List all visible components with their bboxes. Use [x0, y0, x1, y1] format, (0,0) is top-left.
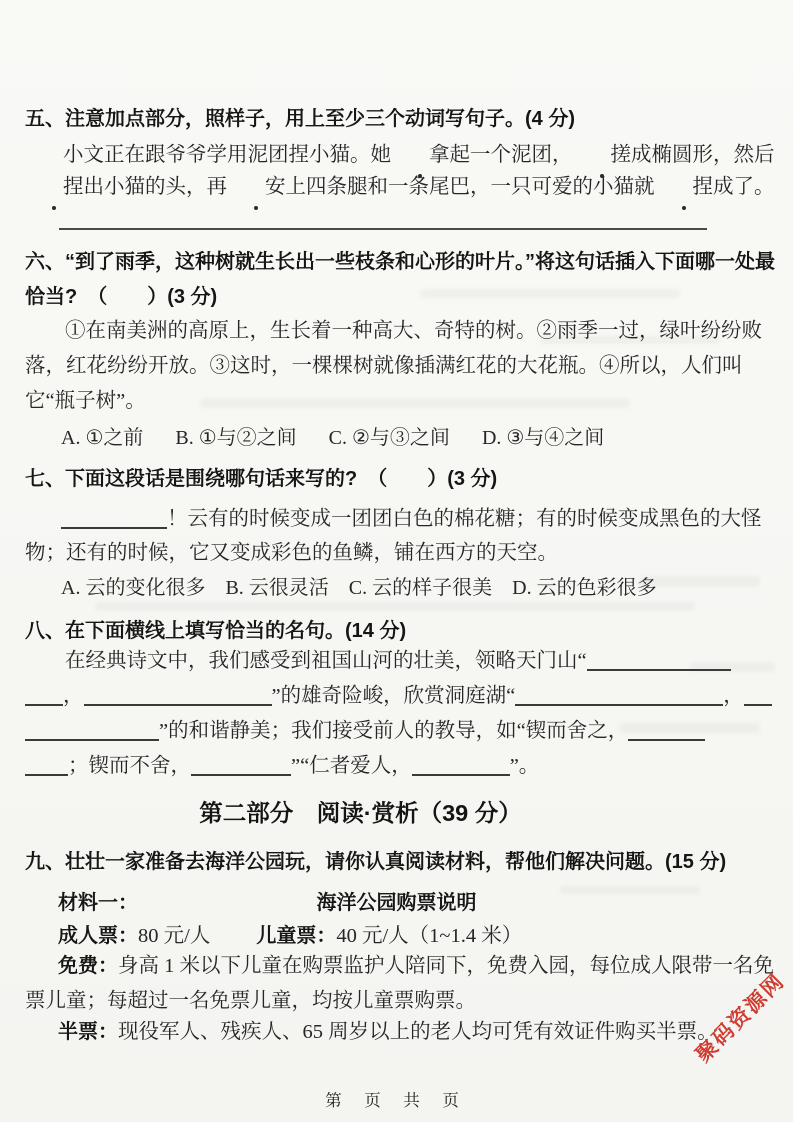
option-item: D. ③与④之间 [482, 421, 604, 450]
answer-writing-line [59, 228, 707, 230]
fill-in-blank [744, 687, 772, 706]
fill-in-blank [25, 757, 68, 776]
question-8-line-4: ；锲而不舍，”“仁者爱人，”。 [25, 751, 775, 781]
child-ticket-label: 儿童票： [256, 925, 336, 947]
scan-artifact [640, 576, 760, 587]
fill-in-blank [25, 722, 159, 741]
option-item: A. ①之前 [61, 421, 143, 450]
option-item: B. 云很灵活 [225, 571, 328, 600]
emphasized-char: 捏 [655, 171, 714, 203]
question-5-passage: 小文正在跟爷爷学用泥团捏小猫。她拿起一个泥团，搓成椭圆形，然后捏出小猫的头，再安… [25, 139, 775, 203]
fill-in-blank [61, 510, 167, 529]
question-7-heading: 七、下面这段话是围绕哪句话来写的? （ ）(3 分) [25, 462, 497, 497]
ticket-notice-title: 海洋公园购票说明 [317, 886, 477, 915]
option-item: C. ②与③之间 [329, 421, 450, 450]
question-6-heading: 六、“到了雨季，这种树就生长出一些枝条和心形的叶片。”将这句话插入下面哪一处最恰… [25, 245, 777, 315]
question-7-options: A. 云的变化很多B. 云很灵活C. 云的样子很美D. 云的色彩很多 [61, 571, 657, 600]
question-9-heading: 九、壮壮一家准备去海洋公园玩，请你认真阅读材料，帮他们解决问题。(15 分) [25, 845, 726, 880]
option-item: A. 云的变化很多 [61, 571, 205, 600]
fill-in-blank [25, 687, 63, 706]
question-6-options: A. ①之前B. ①与②之间C. ②与③之间D. ③与④之间 [61, 421, 604, 450]
option-item: D. 云的色彩很多 [512, 571, 656, 600]
question-8-heading: 八、在下面横线上填写恰当的名句。(14 分) [25, 614, 406, 649]
page-footer: 第 页 共 页 [0, 1087, 793, 1111]
half-ticket-text: 现役军人、残疾人、65 周岁以上的老人均可凭有效证件购买半票。 [118, 1021, 718, 1043]
half-ticket-rule: 半票：现役军人、残疾人、65 周岁以上的老人均可凭有效证件购买半票。 [58, 1015, 718, 1050]
option-item: C. 云的样子很美 [349, 571, 492, 600]
question-6-passage: ①在南美洲的高原上，生长着一种高大、奇特的树。②雨季一过，绿叶纷纷败落，红花纷纷… [25, 314, 775, 419]
adult-ticket-label: 成人票： [58, 925, 138, 947]
question-7-passage: ！云有的时候变成一团团白色的棉花糖；有的时候变成黑色的大怪物；还有的时候，它又变… [25, 502, 775, 570]
fill-in-blank [628, 722, 705, 741]
material-1-row: 材料一： 海洋公园购票说明 [0, 886, 793, 914]
fill-in-blank [412, 757, 510, 776]
question-8-line-1: 在经典诗文中，我们感受到祖国山河的壮美，领略天门山“ [25, 646, 775, 676]
exam-page: 五、注意加点部分，照样子，用上至少三个动词写句子。(4 分) 小文正在跟爷爷学用… [0, 0, 793, 1122]
adult-ticket-price: 80 元/人 [138, 925, 210, 947]
half-ticket-label: 半票： [58, 1021, 118, 1043]
fill-in-blank [191, 757, 291, 776]
scan-artifact [95, 602, 695, 611]
emphasized-char: 安 [227, 171, 286, 203]
emphasized-char: 拿 [391, 139, 450, 171]
free-ticket-rule: 免费：身高 1 米以下儿童在购票监护人陪同下，免费入园，每位成人限带一名免票儿童… [25, 949, 775, 1019]
fill-in-blank [84, 687, 272, 706]
emphasized-char: 搓 [573, 139, 632, 171]
part-2-title: 第二部分 阅读·赏析（39 分） [0, 794, 757, 828]
option-item: B. ①与②之间 [175, 421, 296, 450]
question-8-line-2: ，”的雄奇险峻，欣赏洞庭湖“， [25, 681, 775, 711]
fill-in-blank [515, 687, 723, 706]
child-ticket-price: 40 元/人（1~1.4 米） [336, 925, 522, 947]
fill-in-blank [587, 652, 731, 671]
free-ticket-label: 免费： [58, 955, 118, 977]
free-ticket-text: 身高 1 米以下儿童在购票监护人陪同下，免费入园，每位成人限带一名免票儿童；每超… [25, 955, 774, 1012]
question-8-line-3: ”的和谐静美；我们接受前人的教导，如“锲而舍之， [25, 716, 775, 746]
question-5-heading: 五、注意加点部分，照样子，用上至少三个动词写句子。(4 分) [25, 102, 575, 137]
ticket-price-row: 成人票：80 元/人儿童票：40 元/人（1~1.4 米） [58, 918, 522, 948]
emphasized-char: 捏 [25, 171, 84, 203]
material-1-label: 材料一： [58, 886, 138, 915]
